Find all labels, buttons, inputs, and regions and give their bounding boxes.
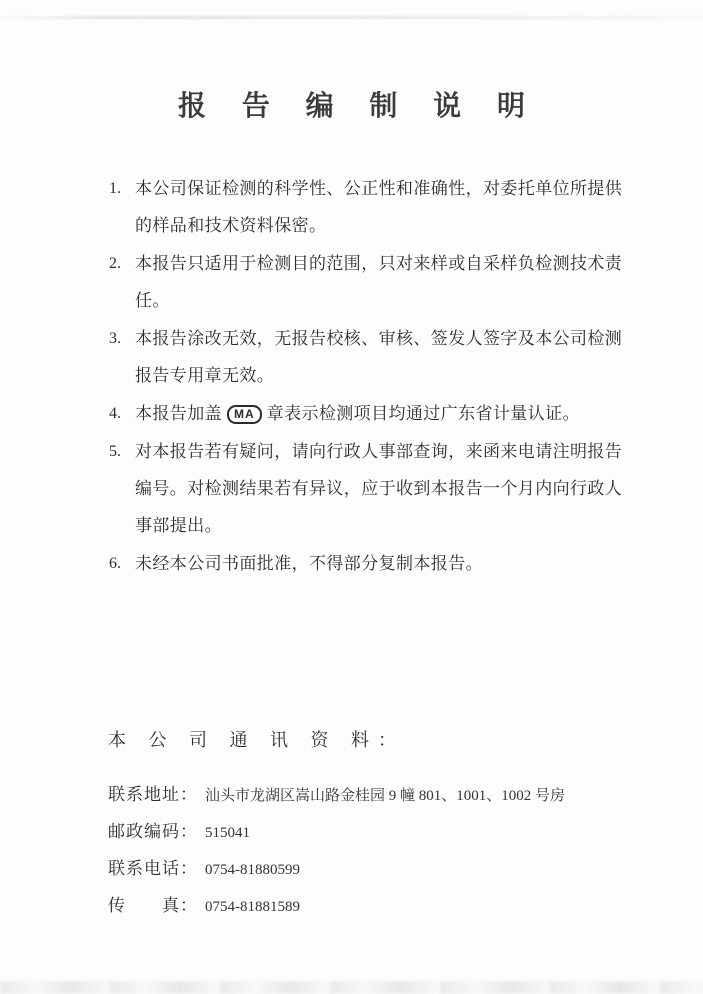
contact-value: 0754-81880599 (205, 862, 300, 878)
note-body: 本公司保证检测的科学性、公正性和准确性，对委托单位所提供 的样品和技术资料保密。 (135, 170, 622, 244)
contact-value: 汕头市龙湖区嵩山路金桂园 9 幢 801、1001、1002 号房 (205, 788, 565, 804)
note-text-before-stamp: 本报告加盖 (135, 404, 222, 423)
note-line: 报告专用章无效。 (135, 357, 622, 394)
note-item-1: 1. 本公司保证检测的科学性、公正性和准确性，对委托单位所提供 的样品和技术资料… (109, 170, 605, 244)
note-line: 本报告只适用于检测目的范围，只对来样或自采样负检测技术责 (135, 245, 622, 282)
note-body: 本报告涂改无效，无报告校核、审核、签发人签字及本公司检测 报告专用章无效。 (135, 320, 622, 394)
contact-row-address: 联系地址：汕头市龙湖区嵩山路金桂园 9 幢 801、1001、1002 号房 (108, 776, 703, 813)
note-number: 6. (109, 545, 135, 582)
note-item-3: 3. 本报告涂改无效，无报告校核、审核、签发人签字及本公司检测 报告专用章无效。 (109, 320, 605, 394)
note-line: 本公司保证检测的科学性、公正性和准确性，对委托单位所提供 (135, 170, 622, 207)
contact-row-fax: 传 真：0754-81881589 (108, 887, 703, 924)
contact-section: 本 公 司 通 讯 资 料： 联系地址：汕头市龙湖区嵩山路金桂园 9 幢 801… (108, 726, 703, 924)
note-number: 3. (109, 320, 135, 357)
contact-label: 邮政编码： (108, 822, 198, 841)
note-body: 本报告加盖MA章表示检测项目均通过广东省计量认证。 (135, 395, 605, 432)
contact-value: 0754-81881589 (205, 899, 300, 915)
contact-row-postcode: 邮政编码：515041 (108, 813, 703, 850)
notes-list: 1. 本公司保证检测的科学性、公正性和准确性，对委托单位所提供 的样品和技术资料… (109, 170, 605, 582)
note-item-5: 5. 对本报告若有疑问，请向行政人事部查询，来函来电请注明报告 编号。对检测结果… (109, 433, 605, 544)
note-line: 本报告涂改无效，无报告校核、审核、签发人签字及本公司检测 (135, 320, 622, 357)
contact-label: 联系地址： (108, 785, 198, 804)
note-line: 本报告加盖MA章表示检测项目均通过广东省计量认证。 (135, 395, 605, 432)
note-item-2: 2. 本报告只适用于检测目的范围，只对来样或自采样负检测技术责 任。 (109, 245, 605, 319)
note-number: 1. (109, 170, 135, 207)
note-item-6: 6. 未经本公司书面批准，不得部分复制本报告。 (109, 545, 605, 582)
contact-label: 联系电话： (108, 859, 198, 878)
contact-heading: 本 公 司 通 讯 资 料： (108, 726, 703, 752)
note-text-after-stamp: 章表示检测项目均通过广东省计量认证。 (267, 404, 580, 423)
note-line: 的样品和技术资料保密。 (135, 207, 622, 244)
contact-row-phone: 联系电话：0754-81880599 (108, 850, 703, 887)
note-body: 对本报告若有疑问，请向行政人事部查询，来函来电请注明报告 编号。对检测结果若有异… (135, 433, 622, 544)
note-line: 编号。对检测结果若有异议，应于收到本报告一个月内向行政人 (135, 470, 622, 507)
note-number: 4. (109, 395, 135, 432)
cma-stamp-icon: MA (227, 405, 262, 424)
note-line: 未经本公司书面批准，不得部分复制本报告。 (135, 545, 605, 582)
note-body: 未经本公司书面批准，不得部分复制本报告。 (135, 545, 605, 582)
document-page: 报 告 编 制 说 明 1. 本公司保证检测的科学性、公正性和准确性，对委托单位… (0, 0, 703, 994)
contact-label: 传 真： (108, 896, 198, 915)
note-number: 2. (109, 245, 135, 282)
contact-value: 515041 (205, 825, 250, 841)
scan-artifact-bottom (0, 981, 703, 994)
note-item-4: 4. 本报告加盖MA章表示检测项目均通过广东省计量认证。 (109, 395, 605, 432)
note-number: 5. (109, 433, 135, 470)
note-line: 事部提出。 (135, 507, 622, 544)
note-line: 对本报告若有疑问，请向行政人事部查询，来函来电请注明报告 (135, 433, 622, 470)
note-line: 任。 (135, 282, 622, 319)
scan-artifact-top (0, 16, 703, 19)
note-body: 本报告只适用于检测目的范围，只对来样或自采样负检测技术责 任。 (135, 245, 622, 319)
